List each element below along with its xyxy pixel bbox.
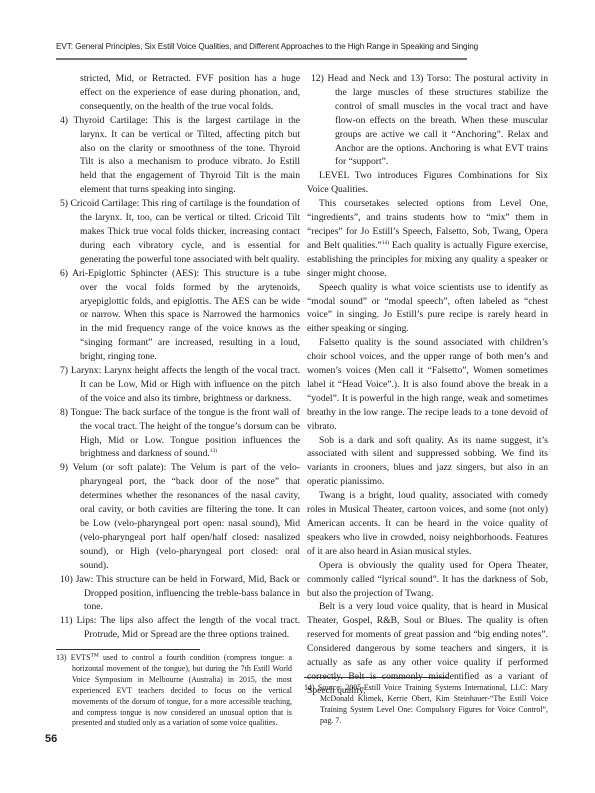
header-rule <box>56 58 467 60</box>
footnote-14: 14) Source: 2005-Estill Voice Training S… <box>304 683 548 727</box>
paragraph-opera: Opera is obviously the quality used for … <box>307 559 548 601</box>
footnote-rule-left <box>56 649 200 650</box>
list-item-9: 9) Velum (or soft palate): The Velum is … <box>60 461 300 572</box>
item-3-continuation: stricted, Mid, or Retracted. FVF positio… <box>60 72 300 114</box>
paragraph-course: This coursetakes selected options from L… <box>307 197 548 280</box>
paragraph-sob: Sob is a dark and soft quality. As its n… <box>307 434 548 490</box>
list-item-5: 5) Cricoid Cartilage: This ring of carti… <box>60 197 300 267</box>
running-head: EVT: General Principles, Six Estill Voic… <box>56 42 468 51</box>
list-item-8: 8) Tongue: The back surface of the tongu… <box>60 406 300 462</box>
list-item-7: 7) Larynx: Larynx height affects the len… <box>60 364 300 406</box>
footnote-ref-13[interactable]: 13) <box>210 448 217 454</box>
paragraph-falsetto: Falsetto quality is the sound associated… <box>307 336 548 433</box>
list-item-11: 11) Lips: The lips also affect the lengt… <box>60 614 300 642</box>
list-item-10: 10) Jaw: This structure can be held in F… <box>60 573 300 615</box>
right-column: 12) Head and Neck and 13) Torso: The pos… <box>307 72 548 698</box>
list-item-6: 6) Ari-Epiglottic Sphincter (AES): This … <box>60 267 300 364</box>
paragraph-speech: Speech quality is what voice scientists … <box>307 281 548 337</box>
left-column: stricted, Mid, or Retracted. FVF positio… <box>60 72 300 642</box>
paragraph-twang: Twang is a bright, loud quality, associa… <box>307 489 548 559</box>
footnote-rule-right <box>304 677 448 678</box>
list-item-12: 12) Head and Neck and 13) Torso: The pos… <box>311 72 548 169</box>
footnote-13: 13) EVTSTM used to control a fourth cond… <box>56 653 292 729</box>
list-item-4: 4) Thyroid Cartilage: This is the larges… <box>60 114 300 197</box>
paragraph-level-two: LEVEL Two introduces Figures Combination… <box>307 169 548 197</box>
page-number: 56 <box>45 733 57 745</box>
